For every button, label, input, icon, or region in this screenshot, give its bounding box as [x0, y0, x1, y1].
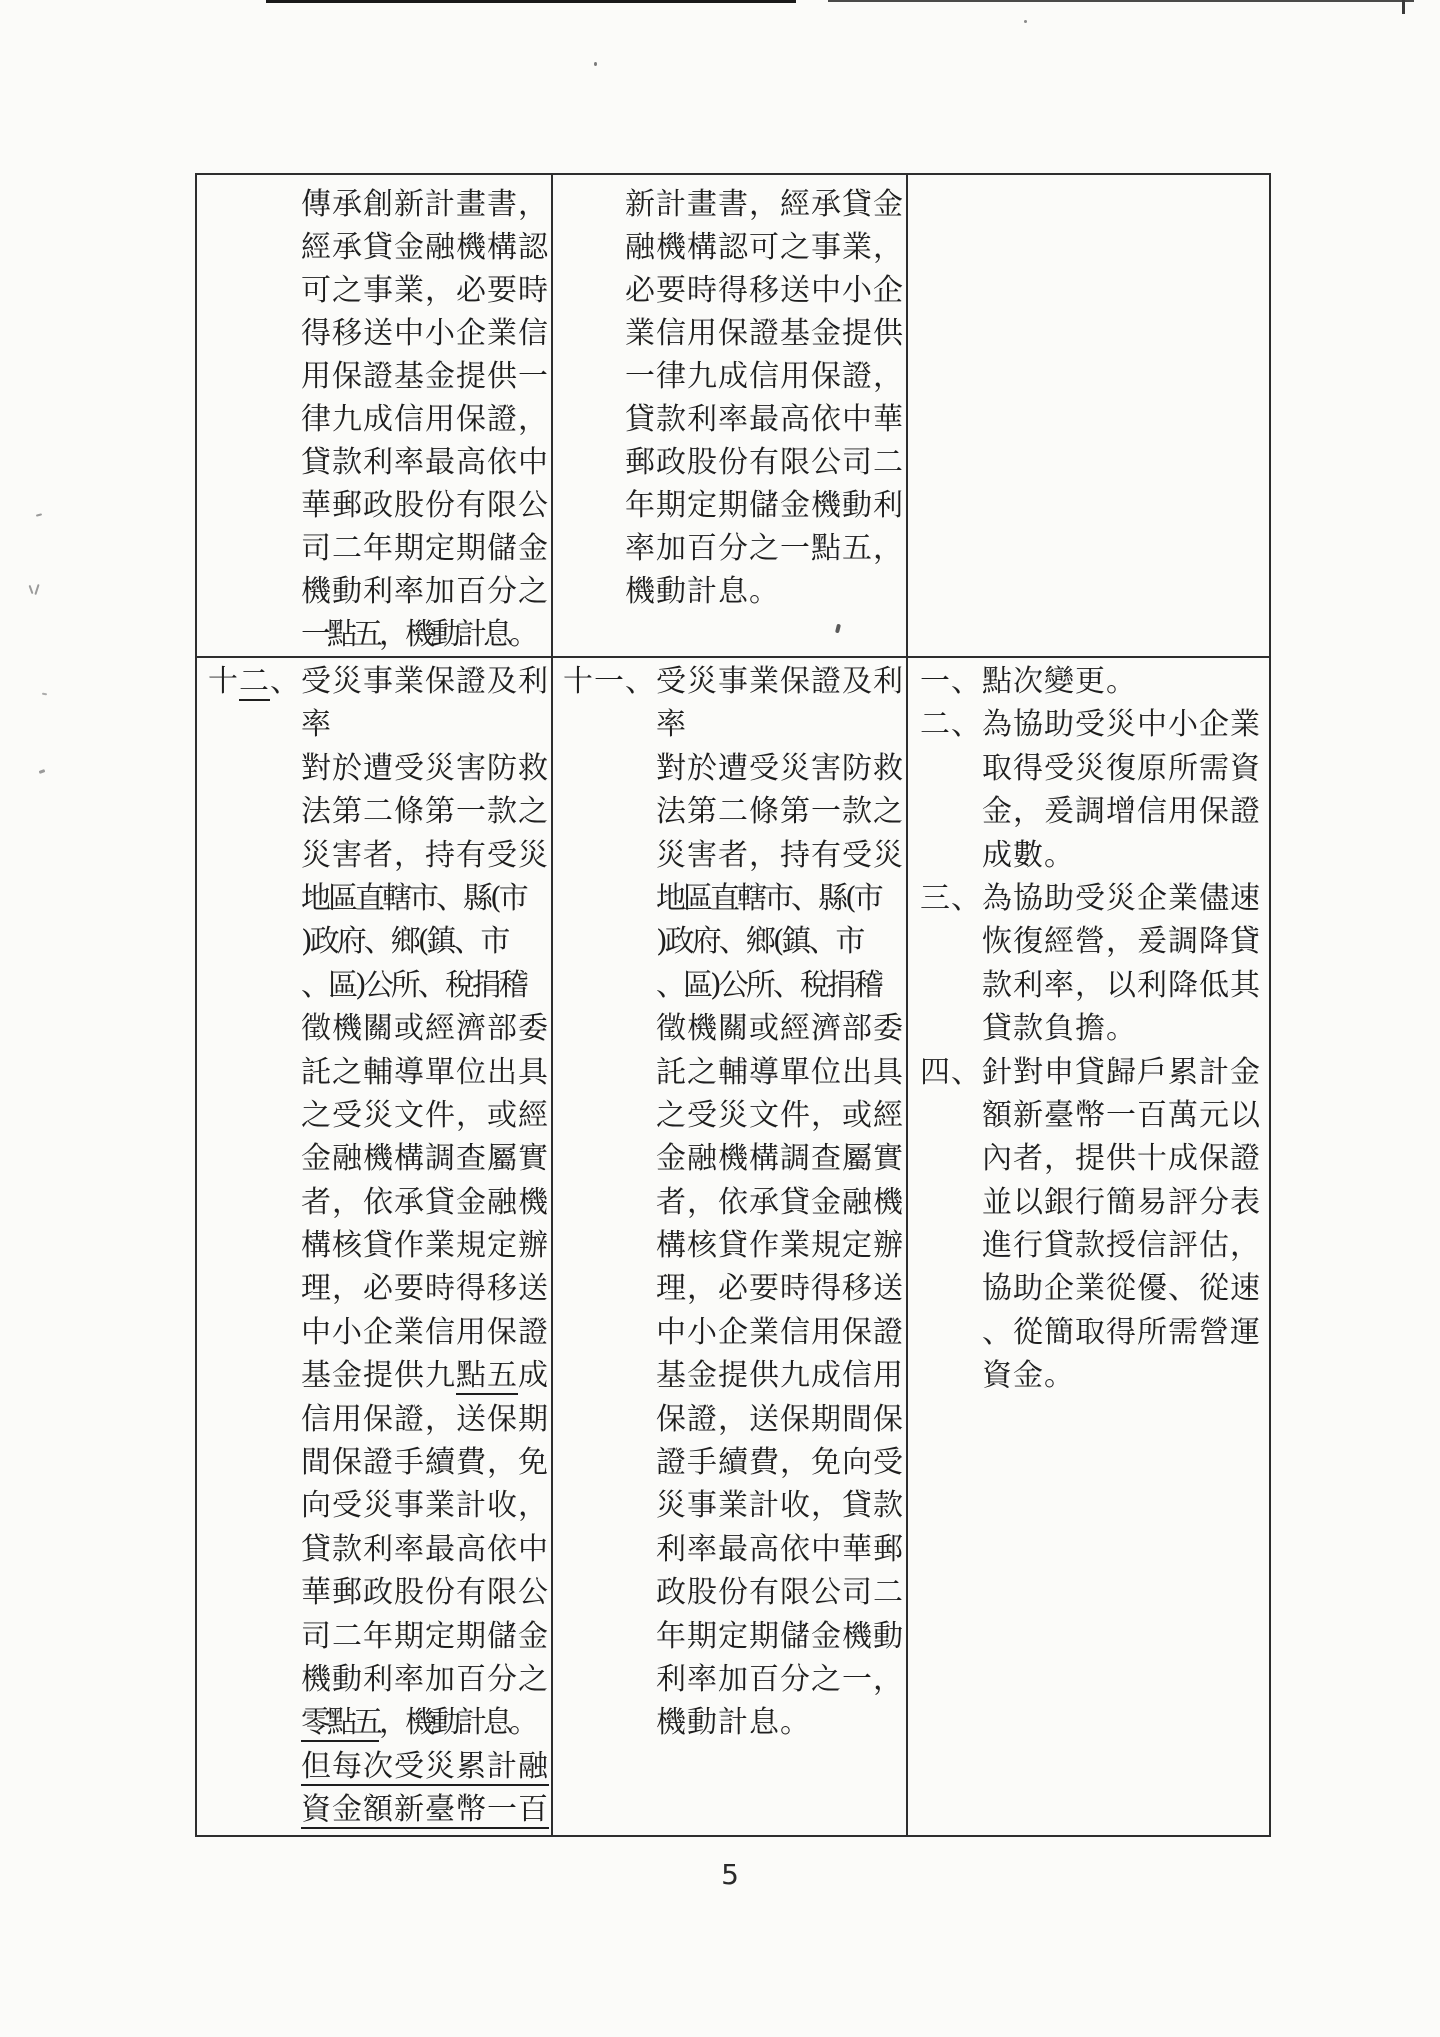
text-line: 金融機構調查屬實	[208, 1137, 551, 1180]
text-line: 對於遭受災害防救	[563, 747, 906, 790]
text-line: 貸款利率最高依中	[208, 441, 551, 484]
text-line: 法第二條第一款之	[208, 790, 551, 833]
text-segment: 年期定期儲金機動	[656, 1619, 904, 1654]
text-segment: 法第二條第一款之	[656, 794, 904, 829]
table-cell-amended-item-12: 十二、受災事業保證及利率對於遭受災害防救法第二條第一款之災害者，持有受災地區直轄…	[197, 658, 553, 1835]
text-line: 資金額新臺幣一百	[208, 1788, 551, 1831]
text-segment: 成數。	[982, 838, 1075, 873]
text-line: 、從簡取得所需營運	[920, 1311, 1269, 1354]
text-line: 經承貸金融機構認	[208, 226, 551, 269]
text-line: 恢復經營，爰調降貸	[920, 920, 1269, 963]
text-segment: 融機構認可之事業，	[625, 230, 904, 265]
text-segment: 率加百分之一點五，	[625, 531, 904, 566]
text-segment: 內者，提供十成保證	[982, 1141, 1261, 1176]
page-number: 5	[700, 1858, 760, 1891]
text-segment: 者，依承貸金融機	[656, 1185, 904, 1220]
text-segment: 構核貸作業規定辦	[301, 1228, 549, 1263]
text-line: 利率最高依中華郵	[563, 1528, 906, 1571]
text-line: 十一、受災事業保證及利	[563, 660, 906, 703]
text-line: 之受災文件，或經	[563, 1094, 906, 1137]
underlined-amendment-text: 點五	[456, 1358, 518, 1395]
text-segment: 款利率，以利降低其	[982, 968, 1261, 1003]
text-segment: 、從簡取得所需營運	[982, 1315, 1261, 1350]
text-segment: )政府、鄉(鎮、市	[301, 924, 507, 959]
text-line: 成數。	[920, 834, 1269, 877]
text-line: 者，依承貸金融機	[563, 1181, 906, 1224]
text-line: 向受災事業計收，	[208, 1484, 551, 1527]
text-line: 構核貸作業規定辦	[208, 1224, 551, 1267]
text-line: 律九成信用保證，	[208, 398, 551, 441]
text-line: 、區)公所、稅捐稽	[208, 964, 551, 1007]
text-line: 一、點次變更。	[920, 660, 1269, 703]
text-segment: 一點五，機動計息。	[301, 617, 535, 652]
text-line: 金，爰調增信用保證	[920, 790, 1269, 833]
text-line: 地區直轄市、縣(市	[208, 877, 551, 920]
text-segment: 機動利率加百分之	[301, 1662, 549, 1697]
text-segment: 年期定期儲金機動利	[625, 488, 904, 523]
text-line: 十二、受災事業保證及利	[208, 660, 551, 703]
text-line: 金融機構調查屬實	[563, 1137, 906, 1180]
text-segment: 金融機構調查屬實	[301, 1141, 549, 1176]
text-segment: 率	[301, 707, 332, 742]
text-line: 款利率，以利降低其	[920, 964, 1269, 1007]
text-line: 信用保證，送保期	[208, 1398, 551, 1441]
text-line: 二、為協助受災中小企業	[920, 703, 1269, 746]
text-line: 新計畫書，經承貸金	[563, 183, 906, 226]
text-segment: 機動利率加百分之	[301, 574, 549, 609]
text-line: 基金提供九成信用	[563, 1354, 906, 1397]
provision-comparison-table: 傳承創新計畫書，經承貸金融機構認可之事業，必要時得移送中小企業信用保證基金提供一…	[195, 173, 1271, 1837]
text-line: 貸款負擔。	[920, 1007, 1269, 1050]
text-segment: 徵機關或經濟部委	[656, 1011, 904, 1046]
text-segment: 經承貸金融機構認	[301, 230, 549, 265]
text-segment: 可之事業，必要時	[301, 273, 549, 308]
text-line: 之受災文件，或經	[208, 1094, 551, 1137]
text-segment: 信用保證，送保期	[301, 1402, 549, 1437]
text-line: 年期定期儲金機動	[563, 1615, 906, 1658]
text-line: )政府、鄉(鎮、市	[563, 920, 906, 963]
text-line: 徵機關或經濟部委	[563, 1007, 906, 1050]
text-line: 零點五，機動計息。	[208, 1701, 551, 1744]
text-segment: 利率加百分之一，	[656, 1662, 904, 1697]
text-segment: 政股份有限公司二	[656, 1575, 904, 1610]
text-segment: 十	[208, 664, 239, 699]
text-segment: 取得受災復原所需資	[982, 751, 1261, 786]
text-segment: 災事業計收，貸款	[656, 1488, 904, 1523]
text-segment: 保證，送保期間保	[656, 1402, 904, 1437]
text-segment: 災害者，持有受災	[656, 838, 904, 873]
text-line: 並以銀行簡易評分表	[920, 1181, 1269, 1224]
text-line: 中小企業信用保證	[208, 1311, 551, 1354]
text-segment: 郵政股份有限公司二	[625, 445, 904, 480]
text-line: 得移送中小企業信	[208, 312, 551, 355]
text-segment: 華郵政股份有限公	[301, 1575, 549, 1610]
text-line: 內者，提供十成保證	[920, 1137, 1269, 1180]
text-line: 證手續費，免向受	[563, 1441, 906, 1484]
text-line: 三、為協助受災企業儘速	[920, 877, 1269, 920]
scan-speck	[42, 693, 47, 696]
text-segment: 利率最高依中華郵	[656, 1532, 904, 1567]
text-segment: 之受災文件，或經	[656, 1098, 904, 1133]
text-line: 取得受災復原所需資	[920, 747, 1269, 790]
text-line: 用保證基金提供一	[208, 355, 551, 398]
text-line: 年期定期儲金機動利	[563, 484, 906, 527]
text-segment: 協助企業從優、從速	[982, 1271, 1261, 1306]
scan-speck	[594, 62, 597, 66]
text-line: 理，必要時得移送	[208, 1267, 551, 1310]
text-line: 中小企業信用保證	[563, 1311, 906, 1354]
table-cell-explanation-items: 一、點次變更。二、為協助受災中小企業取得受災復原所需資金，爰調增信用保證成數。三…	[908, 658, 1269, 1835]
text-line: 資金。	[920, 1354, 1269, 1397]
text-line: 華郵政股份有限公	[208, 1571, 551, 1614]
scan-speck	[1024, 20, 1027, 23]
table-cell-amended-continuation: 傳承創新計畫書，經承貸金融機構認可之事業，必要時得移送中小企業信用保證基金提供一…	[197, 175, 553, 658]
text-segment: 中小企業信用保證	[656, 1315, 904, 1350]
text-segment: 貸款利率最高依中華	[625, 402, 904, 437]
text-segment: 傳承創新計畫書，	[301, 187, 549, 222]
text-segment: 者，依承貸金融機	[301, 1185, 549, 1220]
table-row: 十二、受災事業保證及利率對於遭受災害防救法第二條第一款之災害者，持有受災地區直轄…	[197, 658, 1269, 1835]
text-segment: 金融機構調查屬實	[656, 1141, 904, 1176]
text-segment: 一律九成信用保證，	[625, 359, 904, 394]
text-segment: 用保證基金提供一	[301, 359, 549, 394]
text-segment: 金，爰調增信用保證	[982, 794, 1261, 829]
text-line: 構核貸作業規定辦	[563, 1224, 906, 1267]
text-line: 機動計息。	[563, 1701, 906, 1744]
text-line: )政府、鄉(鎮、市	[208, 920, 551, 963]
scan-speck	[29, 585, 34, 594]
text-segment: 率	[656, 707, 687, 742]
text-line: 司二年期定期儲金	[208, 527, 551, 570]
text-line: 託之輔導單位出具	[208, 1051, 551, 1094]
text-line: 者，依承貸金融機	[208, 1181, 551, 1224]
table-cell-current-item-11: 十一、受災事業保證及利率對於遭受災害防救法第二條第一款之災害者，持有受災地區直轄…	[553, 658, 908, 1835]
underlined-amendment-text: 零點五	[301, 1705, 379, 1742]
scan-speck	[34, 584, 39, 595]
text-line: 災害者，持有受災	[208, 834, 551, 877]
text-line: 理，必要時得移送	[563, 1267, 906, 1310]
text-segment: 、受災事業保證及利	[270, 664, 549, 699]
text-line: 機動利率加百分之	[208, 570, 551, 613]
text-line: 協助企業從優、從速	[920, 1267, 1269, 1310]
text-segment: 資金。	[982, 1358, 1075, 1393]
text-segment: 理，必要時得移送	[656, 1271, 904, 1306]
text-line: 必要時得移送中小企	[563, 269, 906, 312]
text-line: 貸款利率最高依中	[208, 1528, 551, 1571]
text-line: 政股份有限公司二	[563, 1571, 906, 1614]
scan-speck	[36, 513, 42, 516]
text-line: 四、針對申貸歸戶累計金	[920, 1051, 1269, 1094]
text-segment: 四、針對申貸歸戶累計金	[920, 1055, 1261, 1090]
text-segment: 地區直轄市、縣(市	[656, 881, 881, 916]
scan-artifact-line	[828, 0, 1414, 2]
text-segment: 恢復經營，爰調降貸	[982, 924, 1261, 959]
text-segment: 對於遭受災害防救	[656, 751, 904, 786]
text-segment: 必要時得移送中小企	[625, 273, 904, 308]
text-line: 機動計息。	[563, 570, 906, 613]
text-segment: 法第二條第一款之	[301, 794, 549, 829]
text-segment: 災害者，持有受災	[301, 838, 549, 873]
text-segment: 一、點次變更。	[920, 664, 1137, 699]
text-segment: 二、為協助受災中小企業	[920, 707, 1261, 742]
text-segment: 進行貸款授信評估，	[982, 1228, 1261, 1263]
scan-artifact-line	[266, 0, 796, 3]
text-line: 率	[563, 703, 906, 746]
text-line: 傳承創新計畫書，	[208, 183, 551, 226]
text-line: 業信用保證基金提供	[563, 312, 906, 355]
text-segment: 地區直轄市、縣(市	[301, 881, 526, 916]
text-segment: 額新臺幣一百萬元以	[982, 1098, 1261, 1133]
underlined-amendment-text: 二	[239, 664, 270, 701]
text-line: 進行貸款授信評估，	[920, 1224, 1269, 1267]
text-line: 對於遭受災害防救	[208, 747, 551, 790]
text-segment: 、區)公所、稅捐稽	[301, 968, 526, 1003]
text-segment: 華郵政股份有限公	[301, 488, 549, 523]
text-segment: 新計畫書，經承貸金	[625, 187, 904, 222]
text-segment: 基金提供九成信用	[656, 1358, 904, 1393]
text-line: 率	[208, 703, 551, 746]
text-line: 郵政股份有限公司二	[563, 441, 906, 484]
text-segment: 貸款負擔。	[982, 1011, 1137, 1046]
text-line: 華郵政股份有限公	[208, 484, 551, 527]
text-segment: 律九成信用保證，	[301, 402, 549, 437]
text-segment: 中小企業信用保證	[301, 1315, 549, 1350]
text-segment: 機動計息。	[656, 1705, 811, 1740]
text-line: 間保證手續費，免	[208, 1441, 551, 1484]
text-segment: 十一、受災事業保證及利	[563, 664, 904, 699]
text-line: 法第二條第一款之	[563, 790, 906, 833]
scan-speck	[39, 769, 46, 774]
text-line: 融機構認可之事業，	[563, 226, 906, 269]
underlined-amendment-text: 但每次受災累計融	[301, 1749, 549, 1786]
text-segment: 貸款利率最高依中	[301, 1532, 549, 1567]
text-segment: 司二年期定期儲金	[301, 531, 549, 566]
text-segment: 貸款利率最高依中	[301, 445, 549, 480]
table-cell-explanation-empty	[908, 175, 1269, 658]
text-segment: 對於遭受災害防救	[301, 751, 549, 786]
text-line: 一律九成信用保證，	[563, 355, 906, 398]
table-cell-current-continuation: 新計畫書，經承貸金融機構認可之事業，必要時得移送中小企業信用保證基金提供一律九成…	[553, 175, 908, 658]
scan-artifact-tick	[1402, 0, 1405, 14]
text-line: 災害者，持有受災	[563, 834, 906, 877]
text-line: 率加百分之一點五，	[563, 527, 906, 570]
scanned-document-page: 傳承創新計畫書，經承貸金融機構認可之事業，必要時得移送中小企業信用保證基金提供一…	[0, 0, 1440, 2037]
text-segment: 之受災文件，或經	[301, 1098, 549, 1133]
text-segment: 間保證手續費，免	[301, 1445, 549, 1480]
text-line: 可之事業，必要時	[208, 269, 551, 312]
text-segment: 託之輔導單位出具	[301, 1055, 549, 1090]
text-line: 司二年期定期儲金	[208, 1615, 551, 1658]
text-line: 基金提供九點五成	[208, 1354, 551, 1397]
text-line: 徵機關或經濟部委	[208, 1007, 551, 1050]
text-segment: 成	[518, 1358, 549, 1393]
text-segment: 託之輔導單位出具	[656, 1055, 904, 1090]
text-line: 託之輔導單位出具	[563, 1051, 906, 1094]
text-segment: 機動計息。	[625, 574, 780, 609]
text-line: 災事業計收，貸款	[563, 1484, 906, 1527]
text-segment: 司二年期定期儲金	[301, 1619, 549, 1654]
text-segment: 業信用保證基金提供	[625, 316, 904, 351]
text-segment: ，機動計息。	[379, 1705, 535, 1740]
text-segment: 構核貸作業規定辦	[656, 1228, 904, 1263]
text-line: 、區)公所、稅捐稽	[563, 964, 906, 1007]
text-segment: 證手續費，免向受	[656, 1445, 904, 1480]
text-line: 利率加百分之一，	[563, 1658, 906, 1701]
text-line: 一點五，機動計息。	[208, 613, 551, 656]
text-line: 額新臺幣一百萬元以	[920, 1094, 1269, 1137]
underlined-amendment-text: 資金額新臺幣一百	[301, 1792, 549, 1829]
table-row: 傳承創新計畫書，經承貸金融機構認可之事業，必要時得移送中小企業信用保證基金提供一…	[197, 175, 1269, 658]
text-segment: 並以銀行簡易評分表	[982, 1185, 1261, 1220]
text-segment: 三、為協助受災企業儘速	[920, 881, 1261, 916]
text-segment: 徵機關或經濟部委	[301, 1011, 549, 1046]
text-line: 但每次受災累計融	[208, 1745, 551, 1788]
text-line: 貸款利率最高依中華	[563, 398, 906, 441]
text-segment: 得移送中小企業信	[301, 316, 549, 351]
text-line: 地區直轄市、縣(市	[563, 877, 906, 920]
text-segment: 基金提供九	[301, 1358, 456, 1393]
text-line: 機動利率加百分之	[208, 1658, 551, 1701]
text-segment: 理，必要時得移送	[301, 1271, 549, 1306]
text-segment: )政府、鄉(鎮、市	[656, 924, 862, 959]
text-segment: 向受災事業計收，	[301, 1488, 549, 1523]
text-line: 保證，送保期間保	[563, 1398, 906, 1441]
text-segment: 、區)公所、稅捐稽	[656, 968, 881, 1003]
